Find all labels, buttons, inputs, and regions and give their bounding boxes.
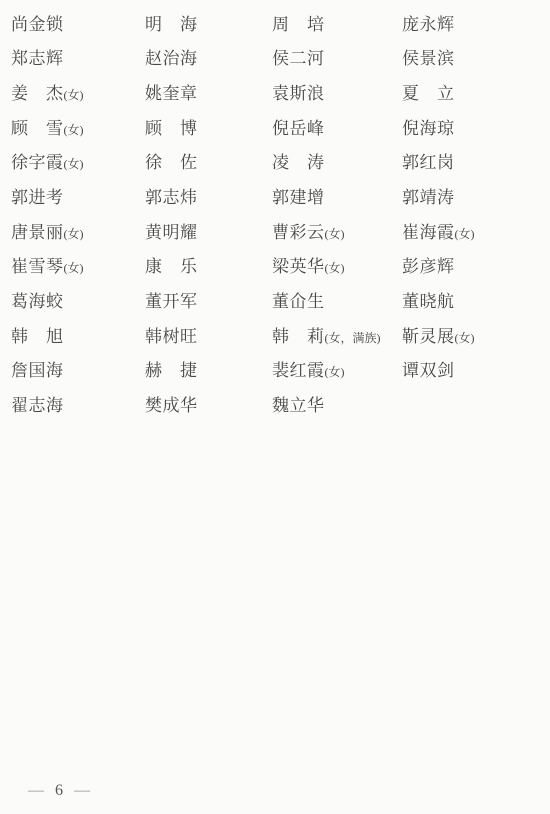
list-item: 尚金锁 (11, 10, 145, 35)
list-item: 韩 莉(女，满族) (272, 322, 402, 347)
list-item: 赫 捷 (145, 356, 272, 381)
person-name: 韩 莉 (272, 327, 325, 346)
list-item: 郭志炜 (145, 183, 272, 208)
name-list-row: 郭进考郭志炜郭建增郭靖涛 (11, 178, 550, 213)
person-name: 徐 佐 (145, 153, 198, 172)
list-item: 樊成华 (145, 391, 272, 416)
gender-ethnicity-note: (女) (455, 331, 475, 345)
person-name: 康 乐 (145, 257, 198, 276)
list-item: 赵治海 (145, 44, 272, 69)
person-name: 郭红岗 (402, 153, 455, 172)
person-name: 侯二河 (272, 49, 325, 68)
name-list-row: 崔雪琴(女)康 乐梁英华(女)彭彦辉 (11, 248, 550, 283)
page-number: 6 (55, 782, 63, 800)
list-item: 周 培 (272, 10, 402, 35)
gender-ethnicity-note: (女) (325, 365, 345, 379)
list-item: 郭靖涛 (402, 183, 455, 208)
person-name: 夏 立 (402, 84, 455, 103)
list-item: 唐景丽(女) (11, 218, 145, 243)
list-item: 凌 涛 (272, 148, 402, 173)
gender-ethnicity-note: (女) (64, 88, 84, 102)
list-item: 董晓航 (402, 287, 455, 312)
list-item: 顾 雪(女) (11, 114, 145, 139)
name-list-row: 郑志辉赵治海侯二河侯景滨 (11, 40, 550, 75)
person-name: 韩 旭 (11, 327, 64, 346)
list-item: 崔雪琴(女) (11, 252, 145, 277)
list-item: 姚奎章 (145, 79, 272, 104)
list-item: 庞永辉 (402, 10, 455, 35)
list-item: 黄明耀 (145, 218, 272, 243)
person-name: 靳灵展 (402, 327, 455, 346)
list-item: 侯二河 (272, 44, 402, 69)
name-list-row: 詹国海赫 捷裴红霞(女)谭双剑 (11, 352, 550, 387)
person-name: 姚奎章 (145, 84, 198, 103)
person-name: 谭双剑 (402, 361, 455, 380)
person-name: 顾 雪 (11, 119, 64, 138)
person-name: 裴红霞 (272, 361, 325, 380)
person-name: 庞永辉 (402, 15, 455, 34)
list-item: 韩 旭 (11, 322, 145, 347)
name-list-row: 葛海蛟董开军董仚生董晓航 (11, 282, 550, 317)
person-name: 崔海霞 (402, 223, 455, 242)
person-name: 顾 博 (145, 119, 198, 138)
list-item: 韩树旺 (145, 322, 272, 347)
name-list: 尚金锁明 海周 培庞永辉郑志辉赵治海侯二河侯景滨姜 杰(女)姚奎章袁斯浪夏 立顾… (11, 5, 550, 421)
list-item: 倪海琼 (402, 114, 455, 139)
list-item: 夏 立 (402, 79, 455, 104)
list-item: 侯景滨 (402, 44, 455, 69)
list-item: 顾 博 (145, 114, 272, 139)
list-item: 靳灵展(女) (402, 322, 475, 347)
person-name: 董开军 (145, 292, 198, 311)
list-item: 倪岳峰 (272, 114, 402, 139)
list-item: 梁英华(女) (272, 252, 402, 277)
list-item: 曹彩云(女) (272, 218, 402, 243)
footer-dash-left: — (28, 782, 44, 800)
gender-ethnicity-note: (女) (64, 157, 84, 171)
list-item: 翟志海 (11, 391, 145, 416)
person-name: 郭靖涛 (402, 188, 455, 207)
list-item: 葛海蛟 (11, 287, 145, 312)
list-item: 詹国海 (11, 356, 145, 381)
person-name: 郭建增 (272, 188, 325, 207)
gender-ethnicity-note: (女) (64, 123, 84, 137)
name-list-row: 唐景丽(女)黄明耀曹彩云(女)崔海霞(女) (11, 213, 550, 248)
person-name: 姜 杰 (11, 84, 64, 103)
person-name: 徐字霞 (11, 153, 64, 172)
person-name: 董晓航 (402, 292, 455, 311)
person-name: 魏立华 (272, 396, 325, 415)
list-item: 郭进考 (11, 183, 145, 208)
name-list-row: 顾 雪(女)顾 博倪岳峰倪海琼 (11, 109, 550, 144)
person-name: 袁斯浪 (272, 84, 325, 103)
person-name: 尚金锁 (11, 15, 64, 34)
gender-ethnicity-note: (女) (325, 261, 345, 275)
list-item: 徐 佐 (145, 148, 272, 173)
name-list-row: 徐字霞(女)徐 佐凌 涛郭红岗 (11, 144, 550, 179)
gender-ethnicity-note: (女) (325, 227, 345, 241)
person-name: 明 海 (145, 15, 198, 34)
list-item: 郭建增 (272, 183, 402, 208)
person-name: 韩树旺 (145, 327, 198, 346)
person-name: 周 培 (272, 15, 325, 34)
gender-ethnicity-note: (女) (64, 227, 84, 241)
person-name: 詹国海 (11, 361, 64, 380)
person-name: 彭彦辉 (402, 257, 455, 276)
list-item: 郭红岗 (402, 148, 455, 173)
list-item: 姜 杰(女) (11, 79, 145, 104)
list-item: 谭双剑 (402, 356, 455, 381)
list-item: 康 乐 (145, 252, 272, 277)
person-name: 郭进考 (11, 188, 64, 207)
person-name: 董仚生 (272, 292, 325, 311)
name-list-row: 翟志海樊成华魏立华 (11, 386, 550, 421)
name-list-row: 姜 杰(女)姚奎章袁斯浪夏 立 (11, 74, 550, 109)
list-item: 董开军 (145, 287, 272, 312)
page-footer: — 6 — (28, 782, 90, 800)
name-list-row: 尚金锁明 海周 培庞永辉 (11, 5, 550, 40)
person-name: 倪海琼 (402, 119, 455, 138)
list-item: 崔海霞(女) (402, 218, 475, 243)
gender-ethnicity-note: (女) (455, 227, 475, 241)
person-name: 曹彩云 (272, 223, 325, 242)
list-item: 魏立华 (272, 391, 402, 416)
list-item: 彭彦辉 (402, 252, 455, 277)
person-name: 侯景滨 (402, 49, 455, 68)
person-name: 倪岳峰 (272, 119, 325, 138)
list-item: 徐字霞(女) (11, 148, 145, 173)
name-list-row: 韩 旭韩树旺韩 莉(女，满族)靳灵展(女) (11, 317, 550, 352)
gender-ethnicity-note: (女) (64, 261, 84, 275)
gender-ethnicity-note: (女，满族) (325, 331, 381, 345)
person-name: 黄明耀 (145, 223, 198, 242)
person-name: 郑志辉 (11, 49, 64, 68)
person-name: 赵治海 (145, 49, 198, 68)
person-name: 葛海蛟 (11, 292, 64, 311)
person-name: 赫 捷 (145, 361, 198, 380)
person-name: 翟志海 (11, 396, 64, 415)
person-name: 郭志炜 (145, 188, 198, 207)
footer-dash-right: — (74, 782, 90, 800)
list-item: 裴红霞(女) (272, 356, 402, 381)
person-name: 梁英华 (272, 257, 325, 276)
list-item: 董仚生 (272, 287, 402, 312)
person-name: 崔雪琴 (11, 257, 64, 276)
person-name: 唐景丽 (11, 223, 64, 242)
list-item: 袁斯浪 (272, 79, 402, 104)
list-item: 郑志辉 (11, 44, 145, 69)
person-name: 凌 涛 (272, 153, 325, 172)
person-name: 樊成华 (145, 396, 198, 415)
list-item: 明 海 (145, 10, 272, 35)
